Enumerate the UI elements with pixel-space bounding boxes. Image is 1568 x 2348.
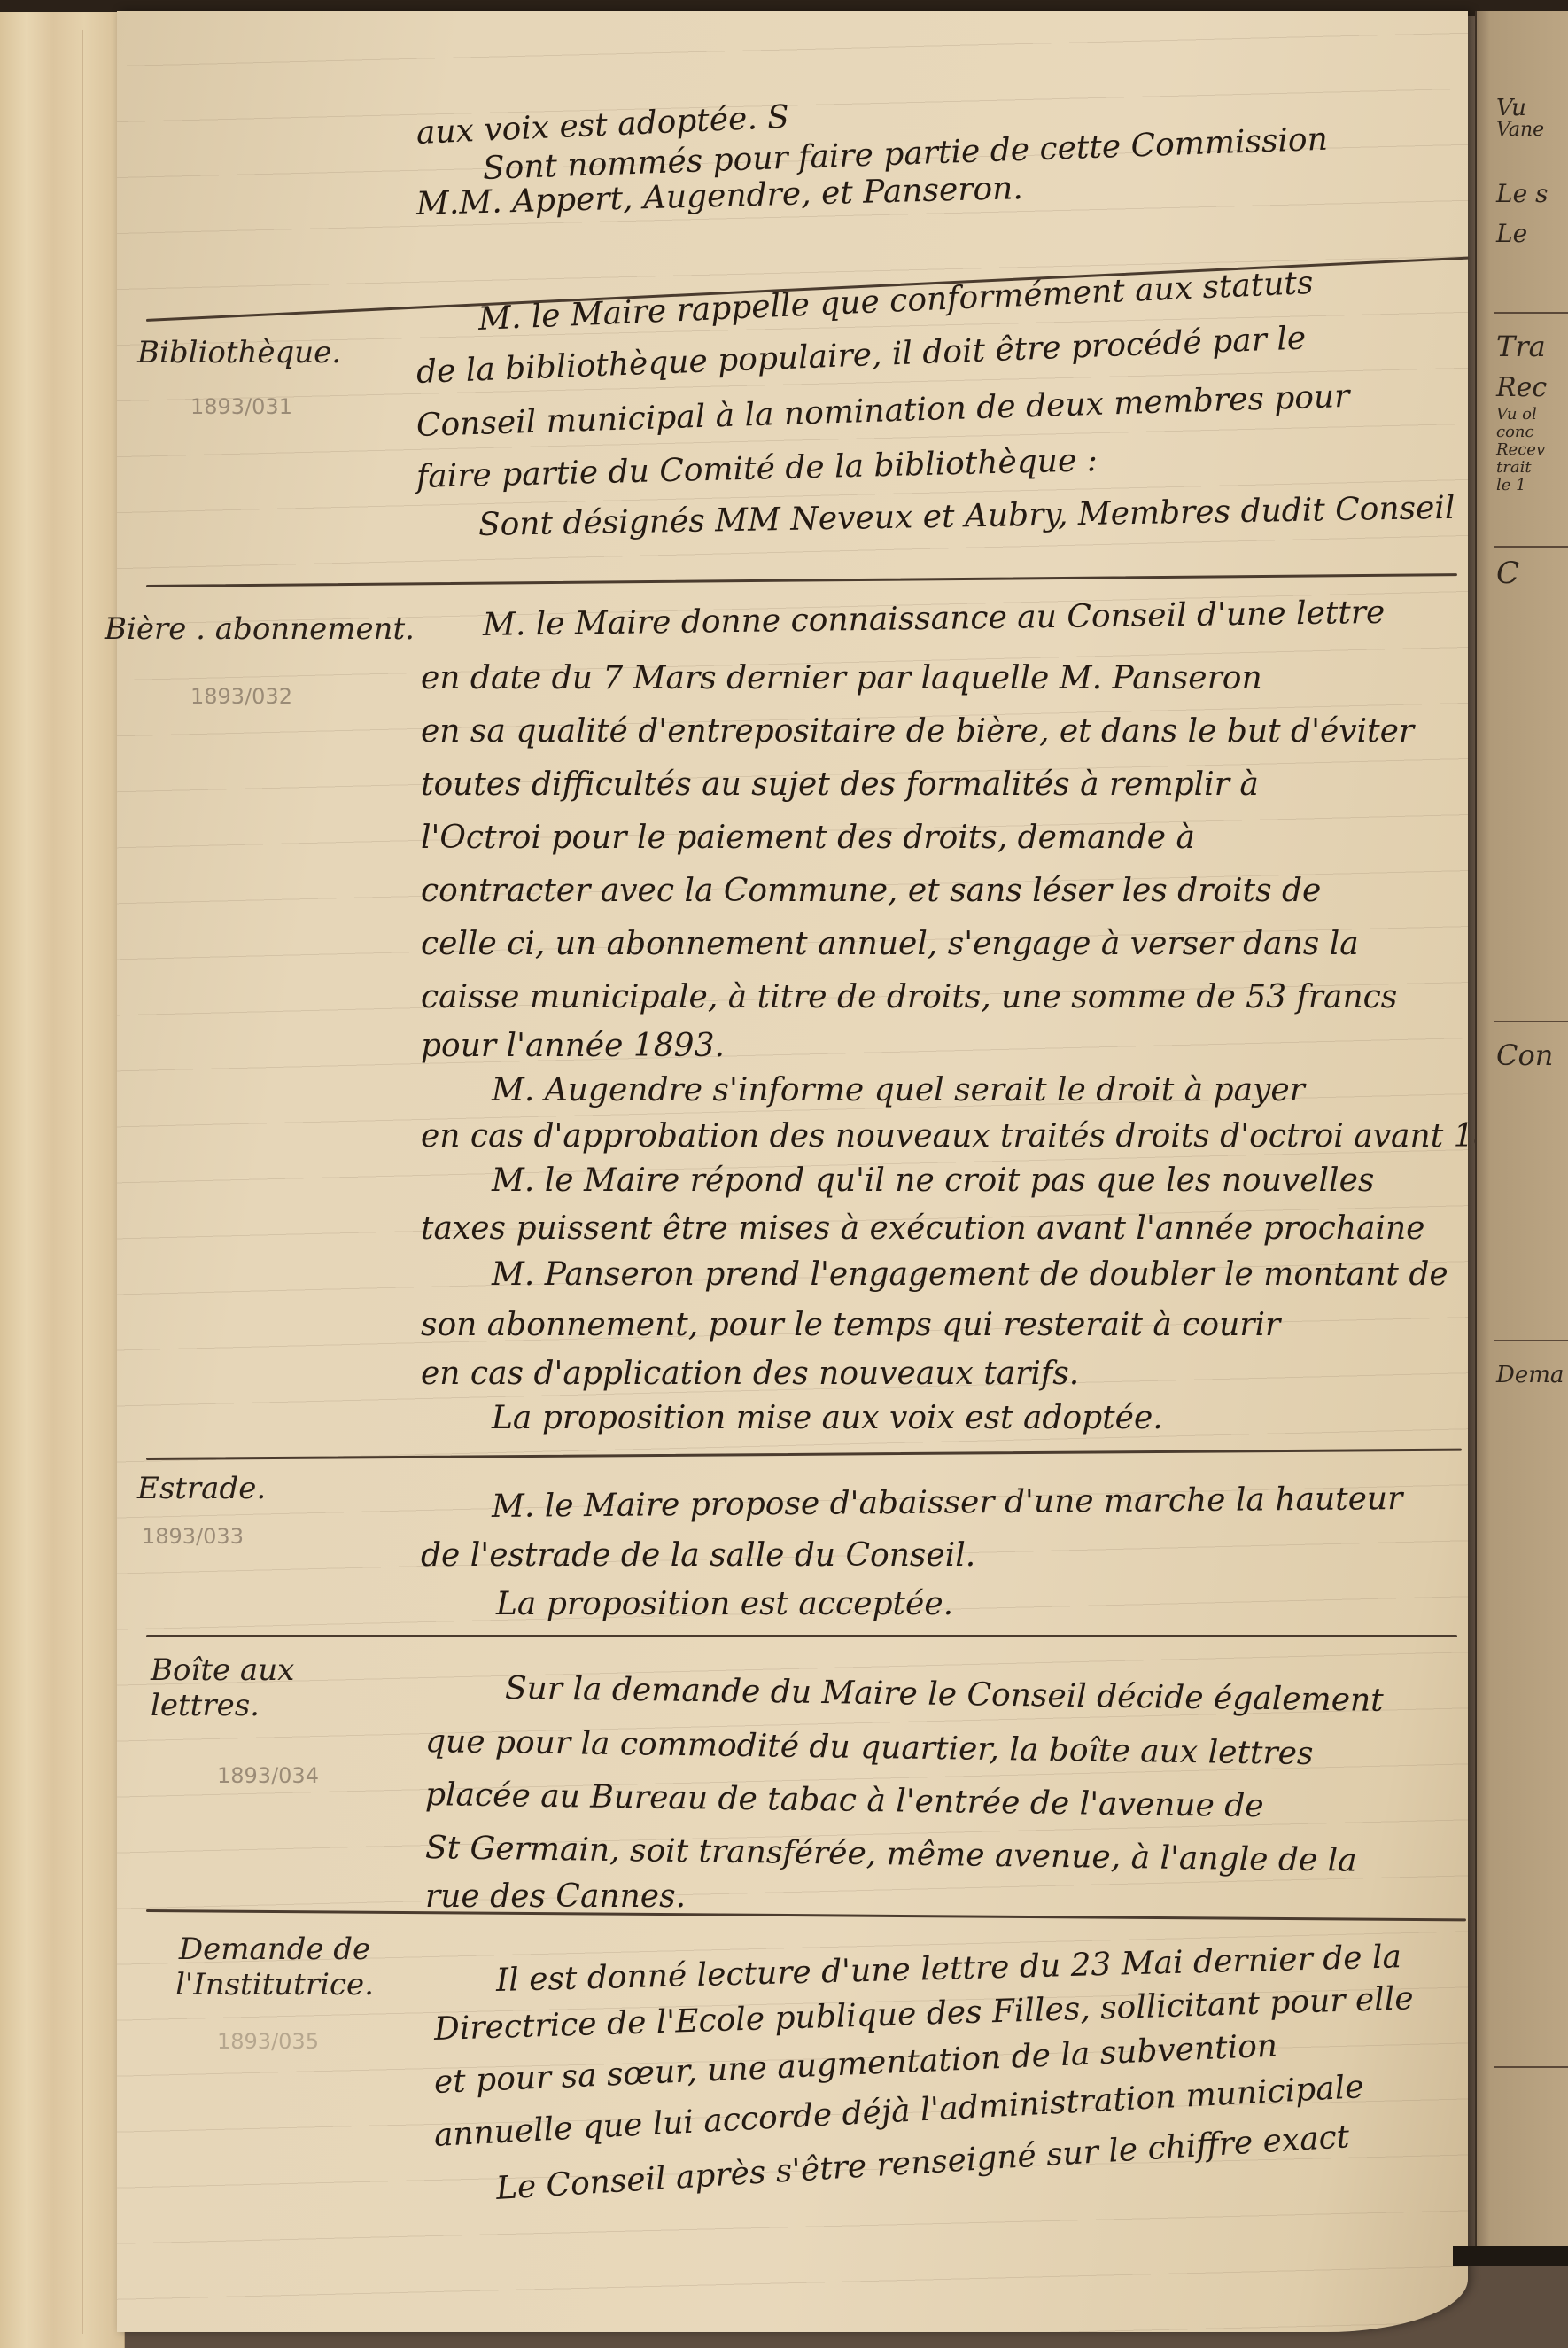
reference-number: 1893/032	[190, 684, 292, 709]
body-line: toutes difficultés au sujet des formalit…	[421, 766, 1259, 803]
body-line: en sa qualité d'entrepositaire de bière,…	[421, 713, 1414, 750]
adjacent-fragment: Tra	[1496, 330, 1546, 363]
body-line: La proposition mise aux voix est adoptée…	[492, 1400, 1163, 1436]
body-line: l'Octroi pour le paiement des droits, de…	[421, 820, 1195, 856]
adjacent-fragment: Le	[1496, 219, 1527, 248]
body-line: La proposition est acceptée.	[496, 1586, 953, 1622]
reference-number: 1893/033	[142, 1524, 244, 1549]
body-line: en cas d'approbation des nouveaux traité…	[421, 1118, 1514, 1155]
adjacent-divider	[1494, 312, 1568, 314]
body-line: de l'estrade de la salle du Conseil.	[421, 1537, 975, 1574]
reference-number: 1893/031	[190, 394, 292, 419]
body-line: celle ci, un abonnement annuel, s'engage…	[421, 926, 1359, 962]
reference-number: 1893/035	[217, 2029, 319, 2054]
reference-number: 1893/034	[217, 1763, 319, 1788]
leaf-crease	[82, 30, 83, 2334]
adjacent-fragment: Vane	[1496, 119, 1544, 141]
adjacent-divider	[1494, 2066, 1568, 2068]
book-cover-edge	[1453, 2246, 1568, 2266]
margin-heading: Bière . abonnement.	[105, 611, 415, 647]
adjacent-fragment: trait	[1496, 458, 1532, 477]
body-line: caisse municipale, à titre de droits, un…	[421, 979, 1397, 1015]
adjacent-fragment: Con	[1496, 1038, 1553, 1072]
adjacent-page: Vu Vane Le s Le Tra Rec Vu ol conc Recev…	[1475, 11, 1568, 2261]
body-line: en date du 7 Mars dernier par laquelle M…	[421, 660, 1262, 696]
margin-heading: Demande de l'Institutrice.	[124, 1932, 425, 2002]
adjacent-fragment: Le s	[1496, 179, 1548, 208]
margin-heading: Boîte aux lettres.	[151, 1652, 372, 1723]
body-line: M. le Maire répond qu'il ne croit pas qu…	[492, 1162, 1374, 1199]
body-line: son abonnement, pour le temps qui rester…	[421, 1307, 1280, 1343]
adjacent-fragment: Vu	[1496, 95, 1526, 121]
margin-heading: Bibliothèque.	[137, 335, 341, 370]
margin-heading: Estrade.	[137, 1471, 266, 1506]
body-line: M. Panseron prend l'engagement de double…	[492, 1256, 1448, 1293]
body-line: M. Augendre s'informe quel serait le dro…	[492, 1072, 1305, 1108]
adjacent-divider	[1494, 1021, 1568, 1022]
adjacent-fragment: Recev	[1496, 440, 1545, 459]
body-line: rue des Cannes.	[425, 1878, 686, 1915]
adjacent-fragment: Dema	[1496, 1362, 1564, 1388]
section-divider	[146, 1635, 1457, 1637]
body-line: contracter avec la Commune, et sans lése…	[421, 873, 1321, 909]
body-line: en cas d'application des nouveaux tarifs…	[421, 1356, 1079, 1392]
adjacent-divider	[1494, 1340, 1568, 1341]
adjacent-fragment: Rec	[1496, 372, 1547, 403]
body-line: pour l'année 1893.	[421, 1028, 725, 1064]
adjacent-fragment: C	[1496, 556, 1519, 591]
adjacent-fragment: le 1	[1496, 476, 1526, 494]
adjacent-fragment: conc	[1496, 423, 1534, 441]
body-line: taxes puissent être mises à exécution av…	[421, 1210, 1424, 1247]
adjacent-fragment: Vu ol	[1496, 405, 1537, 424]
adjacent-divider	[1494, 546, 1568, 548]
previous-leaves	[0, 12, 125, 2348]
